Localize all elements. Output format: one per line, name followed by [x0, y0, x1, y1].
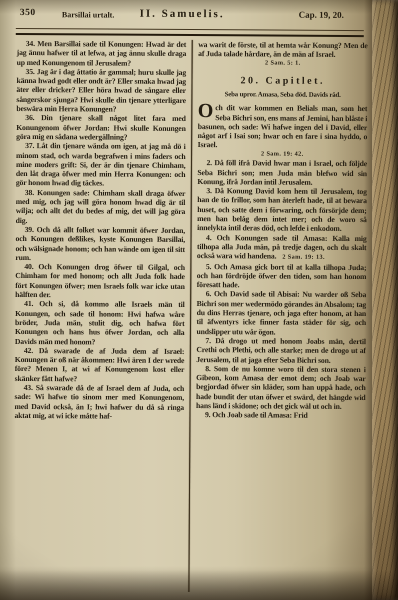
bible-page: 350 Barsillai urtalt. II. Samuelis. Cap.…	[0, 0, 378, 600]
verse-9: 9. Och Joab sade til Amasa: Frid	[196, 410, 366, 420]
verse-41: 41. Och si, då kommo alle Israels män ti…	[15, 299, 185, 347]
verse-34: 34. Men Barsillai sade til Konungen: Hwa…	[17, 39, 187, 68]
verse-36: 36. Din tjenare skall något litet fara m…	[16, 113, 186, 142]
verse-8: 8. Som de nu komne woro til den stora st…	[196, 364, 366, 412]
book-title: II. Samuelis.	[140, 7, 225, 20]
verse-37: 37. Låt din tjenare wända om igen, at ja…	[16, 141, 186, 189]
right-column: wa warit de förste, til at hemta wår Kon…	[189, 40, 368, 593]
book-photo: 350 Barsillai urtalt. II. Samuelis. Cap.…	[0, 0, 398, 600]
verse-6: 6. Och David sade til Abisai: Nu warder …	[196, 289, 366, 337]
verse-2: 2. Då föll ifrå David hwar man i Israel,…	[197, 158, 367, 187]
page-number: 350	[20, 8, 36, 18]
adjacent-page-edge	[372, 0, 398, 600]
verse-4: 4. Och Konungen sade til Amasa: Kalla mi…	[197, 233, 367, 263]
verse-7: 7. Då drogo ut med honom Joabs män, dert…	[196, 336, 366, 365]
verse-3: 3. Då Konung David kom hem til Jerusalem…	[197, 186, 367, 234]
cross-reference: 2 Sam. 5: 1.	[198, 59, 368, 69]
verse-43: 43. Så swarade då de af Israel dem af Ju…	[14, 383, 184, 421]
chapter-reference: Cap. 19, 20.	[299, 10, 344, 20]
text-columns: 34. Men Barsillai sade til Konungen: Hwa…	[0, 35, 378, 593]
verse-38: 38. Konungen sade: Chimham skall draga ö…	[16, 188, 186, 226]
verse-1: Och dit war kommen en Belials man, som h…	[198, 103, 368, 151]
verse-42: 42. Då swarade de af Juda dem af Israel:…	[15, 346, 185, 384]
left-column: 34. Men Barsillai sade til Konungen: Hwa…	[13, 39, 191, 592]
verse-35: 35. Jag är i dag åttatio år gammal; huru…	[16, 67, 186, 115]
verse-40: 40. Och Konungen drog öfwer til Gilgal, …	[15, 262, 185, 300]
chapter-heading: 20. Capitlet.	[198, 75, 368, 87]
cross-reference: 2 Sam. 19: 13.	[276, 254, 325, 261]
drop-cap-initial: O	[198, 103, 216, 120]
running-title: Barsillai urtalt.	[62, 10, 115, 19]
chapter19-continuation: wa warit de förste, til at hemta wår Kon…	[198, 40, 368, 60]
verse-1-text: ch dit war kommen en Belials man, som he…	[198, 103, 368, 149]
running-header: 350 Barsillai urtalt. II. Samuelis. Cap.…	[0, 0, 378, 30]
chapter-summary: Seba upror. Amasa, Seba död. Davids råd.	[206, 91, 360, 100]
verse-5: 5. Och Amasa gick bort til at kalla tilh…	[197, 262, 367, 291]
verse-39: 39. Och då allt folket war kommit öfwer …	[15, 225, 185, 263]
